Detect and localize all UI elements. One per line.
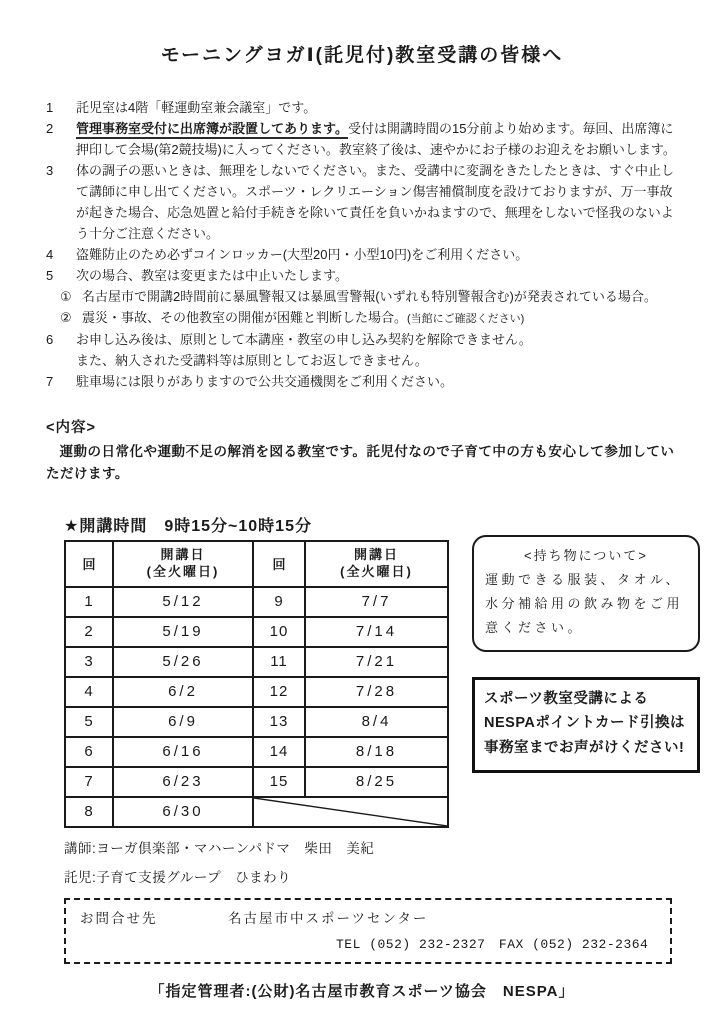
note-number: 2 bbox=[46, 118, 76, 160]
schedule-header-date-line1: 開講日 bbox=[114, 547, 252, 563]
date-cell: 8/25 bbox=[305, 767, 448, 797]
round-cell: 9 bbox=[253, 587, 305, 617]
subnote-item-2: ② 震災・事故、その他教室の開催が困難と判断した場合。(当館にご確認ください) bbox=[60, 307, 680, 329]
date-cell: 7/14 bbox=[305, 617, 448, 647]
side-boxes: <持ち物について> 運動できる服装、タオル、水分補給用の飲み物をご用意ください。… bbox=[472, 513, 700, 886]
schedule-header-date: 開講日 (全火曜日) bbox=[305, 541, 448, 587]
footer-line: 「指定管理者:(公財)名古屋市教育スポーツ協会 NESPA」 bbox=[0, 980, 724, 1001]
note-number: 5 bbox=[46, 265, 76, 286]
nespa-text: スポーツ教室受講によるNESPAポイントカード引換は事務室までお声がけください! bbox=[484, 691, 685, 756]
round-cell: 7 bbox=[65, 767, 113, 797]
note-text: 駐車場には限りがありますので公共交通機関をご利用ください。 bbox=[76, 371, 680, 392]
schedule-header-date-line2: (全火曜日) bbox=[306, 564, 447, 580]
subnote-item-1: ① 名古屋市で開講2時間前に暴風警報又は暴風雪警報(いずれも特別警報含む)が発表… bbox=[60, 286, 680, 307]
round-cell: 10 bbox=[253, 617, 305, 647]
round-cell: 15 bbox=[253, 767, 305, 797]
notes-list: 1 託児室は4階「軽運動室兼会議室」です。 2 管理事務室受付に出席簿が設置して… bbox=[46, 97, 680, 392]
note-item-3: 3 体の調子の悪いときは、無理をしないでください。また、受講中に変調をきたしたと… bbox=[46, 160, 680, 244]
belongings-text: 運動できる服装、タオル、水分補給用の飲み物をご用意ください。 bbox=[485, 568, 687, 640]
note-item-4: 4 盗難防止のため必ずコインロッカー(大型20円・小型10円)をご利用ください。 bbox=[46, 244, 680, 265]
note-number: 7 bbox=[46, 371, 76, 392]
round-cell: 11 bbox=[253, 647, 305, 677]
table-row-last: 8 6/30 bbox=[65, 797, 448, 827]
belongings-title: <持ち物について> bbox=[485, 545, 687, 564]
note-item-2: 2 管理事務室受付に出席簿が設置してあります。受付は開講時間の15分前より始めま… bbox=[46, 118, 680, 160]
date-cell: 7/28 bbox=[305, 677, 448, 707]
note-text: 託児室は4階「軽運動室兼会議室」です。 bbox=[76, 97, 680, 118]
date-cell: 6/2 bbox=[113, 677, 253, 707]
note-number: 3 bbox=[46, 160, 76, 244]
date-cell: 6/9 bbox=[113, 707, 253, 737]
round-cell: 5 bbox=[65, 707, 113, 737]
round-cell: 2 bbox=[65, 617, 113, 647]
date-cell: 8/4 bbox=[305, 707, 448, 737]
schedule-header-round: 回 bbox=[65, 541, 113, 587]
schedule-header-date-line1: 開講日 bbox=[306, 547, 447, 563]
schedule-table: 回 開講日 (全火曜日) 回 開講日 (全火曜日) 1 5/12 9 7/7 bbox=[64, 540, 449, 828]
date-cell: 5/12 bbox=[113, 587, 253, 617]
childcare-line: 託児:子育て支援グループ ひまわり bbox=[64, 866, 450, 886]
note-item-7: 7 駐車場には限りがありますので公共交通機関をご利用ください。 bbox=[46, 371, 680, 392]
table-row: 5 6/9 13 8/4 bbox=[65, 707, 448, 737]
diagonal-line bbox=[254, 798, 447, 826]
date-cell: 8/18 bbox=[305, 737, 448, 767]
note-item-6: 6 お申し込み後は、原則として本講座・教室の申し込み契約を解除できません。 また… bbox=[46, 329, 680, 371]
subnote-small-note: (当館にご確認ください) bbox=[407, 313, 524, 325]
content-heading: <内容> bbox=[46, 416, 680, 437]
round-cell: 14 bbox=[253, 737, 305, 767]
schedule-time-heading: ★開講時間 9時15分~10時15分 bbox=[64, 513, 450, 536]
date-cell: 7/21 bbox=[305, 647, 448, 677]
schedule-header-date-line2: (全火曜日) bbox=[114, 564, 252, 580]
schedule-header-row: 回 開講日 (全火曜日) 回 開講日 (全火曜日) bbox=[65, 541, 448, 587]
subnote-number: ① bbox=[60, 286, 82, 307]
table-row: 6 6/16 14 8/18 bbox=[65, 737, 448, 767]
note-lead-underlined: 管理事務室受付に出席簿が設置してあります。 bbox=[76, 121, 348, 139]
date-cell: 6/23 bbox=[113, 767, 253, 797]
contact-line1: お問合せ先 名古屋市中スポーツセンター bbox=[80, 907, 656, 927]
date-cell: 6/30 bbox=[113, 797, 253, 827]
table-row: 3 5/26 11 7/21 bbox=[65, 647, 448, 677]
round-cell: 3 bbox=[65, 647, 113, 677]
note-item-1: 1 託児室は4階「軽運動室兼会議室」です。 bbox=[46, 97, 680, 118]
date-cell: 5/19 bbox=[113, 617, 253, 647]
date-cell: 7/7 bbox=[305, 587, 448, 617]
note-number: 1 bbox=[46, 97, 76, 118]
note-number: 6 bbox=[46, 329, 76, 371]
round-cell: 1 bbox=[65, 587, 113, 617]
round-cell: 6 bbox=[65, 737, 113, 767]
round-cell: 12 bbox=[253, 677, 305, 707]
subnote-text-main: 震災・事故、その他教室の開催が困難と判断した場合。 bbox=[82, 310, 407, 325]
document-title: モーニングヨガⅠ(託児付)教室受講の皆様へ bbox=[0, 40, 724, 67]
contact-box: お問合せ先 名古屋市中スポーツセンター TEL (052) 232-2327 F… bbox=[64, 898, 672, 964]
content-section: <内容> 運動の日常化や運動不足の解消を図る教室です。託児付なので子育て中の方も… bbox=[46, 416, 680, 484]
content-body: 運動の日常化や運動不足の解消を図る教室です。託児付なので子育て中の方も安心して参… bbox=[46, 441, 680, 484]
subnote-text: 震災・事故、その他教室の開催が困難と判断した場合。(当館にご確認ください) bbox=[82, 307, 680, 329]
diagonal-empty-cell bbox=[253, 797, 448, 827]
note-text-line1: お申し込み後は、原則として本講座・教室の申し込み契約を解除できません。 bbox=[76, 329, 680, 350]
round-cell: 13 bbox=[253, 707, 305, 737]
round-cell: 8 bbox=[65, 797, 113, 827]
note-number: 4 bbox=[46, 244, 76, 265]
date-cell: 6/16 bbox=[113, 737, 253, 767]
schedule-header-date: 開講日 (全火曜日) bbox=[113, 541, 253, 587]
belongings-box: <持ち物について> 運動できる服装、タオル、水分補給用の飲み物をご用意ください。 bbox=[472, 535, 700, 652]
table-row: 7 6/23 15 8/25 bbox=[65, 767, 448, 797]
contact-label: お問合せ先 bbox=[80, 907, 228, 927]
nespa-box: スポーツ教室受講によるNESPAポイントカード引換は事務室までお声がけください! bbox=[472, 677, 700, 773]
note-text: 次の場合、教室は変更または中止いたします。 bbox=[76, 265, 680, 286]
note-text: 管理事務室受付に出席簿が設置してあります。受付は開講時間の15分前より始めます。… bbox=[76, 118, 680, 160]
contact-telfax: TEL (052) 232-2327 FAX (052) 232-2364 bbox=[336, 933, 656, 952]
note-text: お申し込み後は、原則として本講座・教室の申し込み契約を解除できません。 また、納… bbox=[76, 329, 680, 371]
table-row: 1 5/12 9 7/7 bbox=[65, 587, 448, 617]
note-item-5: 5 次の場合、教室は変更または中止いたします。 bbox=[46, 265, 680, 286]
round-cell: 4 bbox=[65, 677, 113, 707]
document-page: モーニングヨガⅠ(託児付)教室受講の皆様へ 1 託児室は4階「軽運動室兼会議室」… bbox=[0, 0, 724, 1024]
subnote-text: 名古屋市で開講2時間前に暴風警報又は暴風雪警報(いずれも特別警報含む)が発表され… bbox=[82, 286, 680, 307]
table-row: 2 5/19 10 7/14 bbox=[65, 617, 448, 647]
subnote-number: ② bbox=[60, 307, 82, 329]
date-cell: 5/26 bbox=[113, 647, 253, 677]
table-row: 4 6/2 12 7/28 bbox=[65, 677, 448, 707]
note-text-line2: また、納入された受講料等は原則としてお返しできません。 bbox=[76, 350, 680, 371]
instructor-line: 講師:ヨーガ倶楽部・マハーンパドマ 柴田 美紀 bbox=[64, 837, 450, 857]
schedule-section: ★開講時間 9時15分~10時15分 回 開講日 (全火曜日) 回 開講日 (全… bbox=[64, 513, 450, 886]
schedule-zone: ★開講時間 9時15分~10時15分 回 開講日 (全火曜日) 回 開講日 (全… bbox=[64, 513, 700, 886]
note-text: 体の調子の悪いときは、無理をしないでください。また、受講中に変調をきたしたときは… bbox=[76, 160, 680, 244]
contact-name: 名古屋市中スポーツセンター bbox=[228, 907, 428, 927]
note-text: 盗難防止のため必ずコインロッカー(大型20円・小型10円)をご利用ください。 bbox=[76, 244, 680, 265]
schedule-header-round: 回 bbox=[253, 541, 305, 587]
